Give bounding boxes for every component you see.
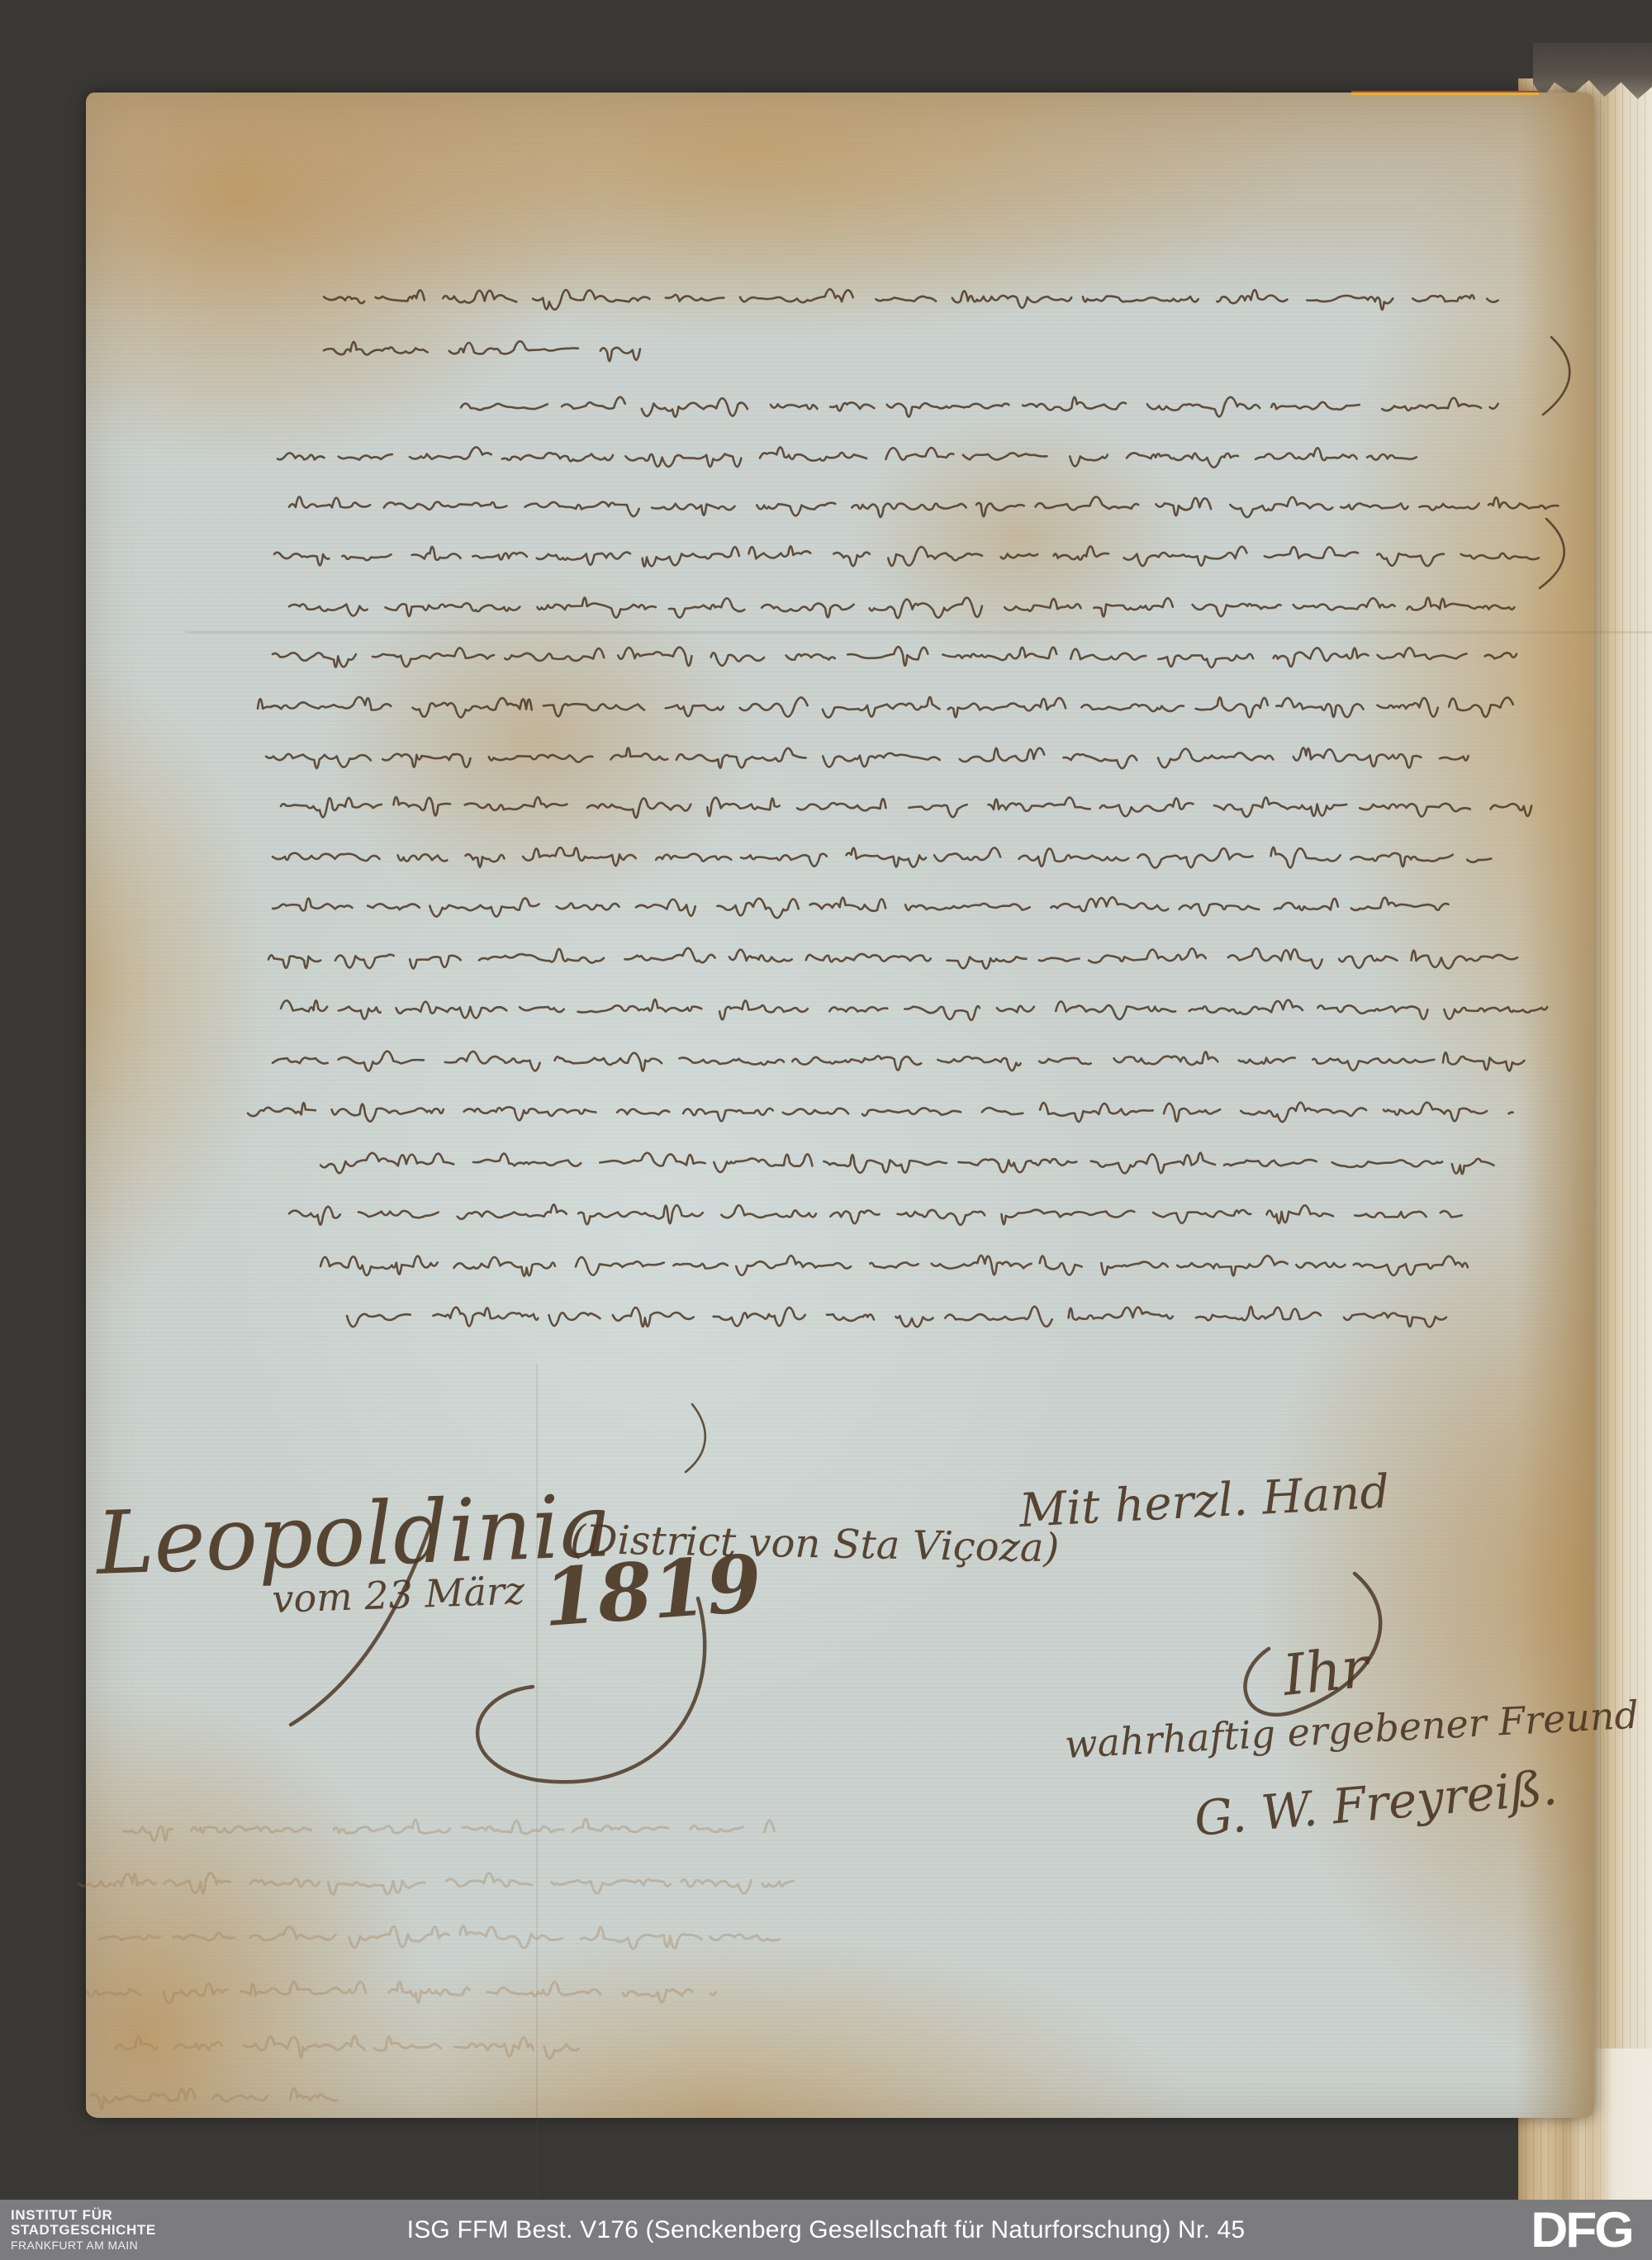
- handwritten-line: [289, 496, 1558, 517]
- handwritten-line: [278, 447, 1417, 467]
- handwritten-line: [258, 697, 1513, 718]
- handwritten-line: [273, 1052, 1524, 1071]
- footer-bar: INSTITUT FÜR STADTGESCHICHTE FRANKFURT A…: [0, 2200, 1652, 2260]
- signature-script: G. W. Freyreiß.: [1192, 1759, 1559, 1847]
- handwritten-line: [281, 999, 1547, 1020]
- handwritten-line: [273, 647, 1517, 667]
- handwritten-line: [324, 341, 640, 361]
- handwritten-line: [248, 1103, 1513, 1122]
- bleedthrough-line: [124, 1819, 774, 1841]
- handwritten-line: [281, 797, 1531, 818]
- closing-line2-script: Ihr: [1279, 1635, 1374, 1709]
- handwritten-line: [347, 1307, 1446, 1327]
- dfg-logo: DFG: [1531, 2203, 1632, 2257]
- handwritten-line: [274, 546, 1539, 566]
- bleedthrough-line: [116, 2036, 579, 2058]
- handwritten-line: [289, 598, 1514, 619]
- bleedthrough-script: [78, 1819, 793, 2109]
- handwritten-line: [320, 1256, 1468, 1276]
- year-script: 1819: [540, 1538, 765, 1645]
- dateline-script: Leopoldinia (District von Sta Viçoza) vo…: [93, 1475, 1060, 1645]
- bleedthrough-line: [78, 1873, 793, 1895]
- handwritten-line: [461, 397, 1498, 417]
- date-script: vom 23 März: [271, 1568, 525, 1621]
- handwritten-line: [273, 847, 1491, 868]
- handwritten-line: [268, 948, 1517, 969]
- handwritten-line: [320, 1153, 1493, 1175]
- archival-scan-viewer: Leopoldinia (District von Sta Viçoza) vo…: [0, 0, 1652, 2260]
- handwritten-line: [273, 897, 1449, 918]
- handwritten-line: [266, 748, 1469, 768]
- handwritten-line: [324, 289, 1498, 310]
- body-script: [248, 289, 1558, 1327]
- handwriting-layer: Leopoldinia (District von Sta Viçoza) vo…: [0, 0, 1652, 2260]
- closing-line1-script: Mit herzl. Hand: [1017, 1465, 1390, 1538]
- archive-reference-label: ISG FFM Best. V176 (Senckenberg Gesellsc…: [0, 2200, 1652, 2260]
- bleedthrough-line: [87, 1982, 716, 2003]
- closing-line3-script: wahrhaftig ergebener Freund: [1064, 1693, 1640, 1767]
- closing-script: Mit herzl. Hand Ihr wahrhaftig ergebener…: [1017, 1465, 1640, 1847]
- handwritten-line: [289, 1204, 1462, 1225]
- bleedthrough-line: [91, 2088, 337, 2109]
- bleedthrough-line: [99, 1926, 779, 1949]
